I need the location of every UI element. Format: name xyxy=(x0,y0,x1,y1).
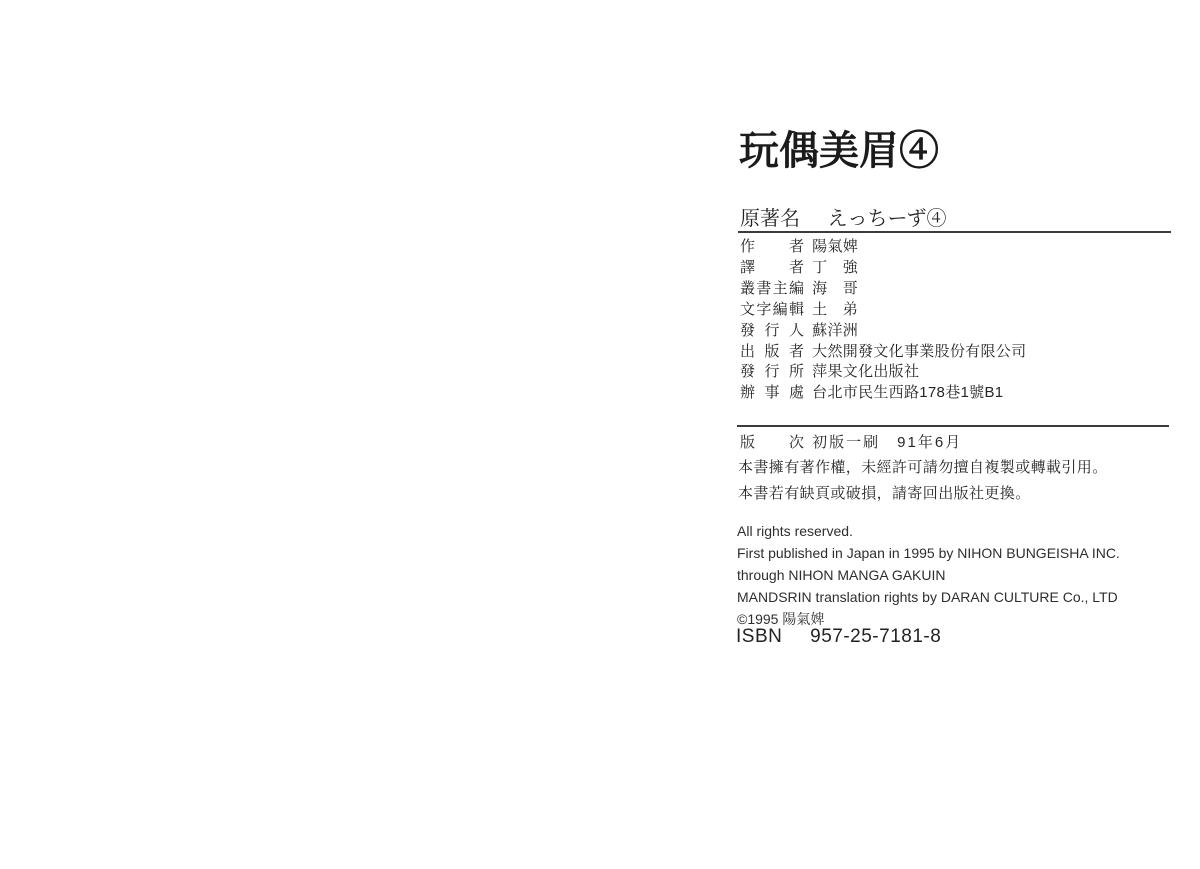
credit-label: 叢書主編 xyxy=(740,279,804,300)
credits-list: 作者 陽氣婢 譯者 丁 強 叢書主編 海 哥 文字編輯 土 弟 發行人 蘇洋洲 xyxy=(740,237,1026,404)
credit-value: 萍果文化出版社 xyxy=(812,363,919,380)
edition-value: 初版一刷 91年6月 xyxy=(812,434,962,451)
notice-line: 本書若有缺頁或破損，請寄回出版社更換。 xyxy=(738,481,1108,507)
rights-line: All rights reserved. xyxy=(737,520,1120,542)
credit-row: 出版者 大然開發文化事業股份有限公司 xyxy=(740,342,1026,363)
credit-label: 作者 xyxy=(740,237,804,258)
book-title: 玩偶美眉④ xyxy=(739,119,939,176)
credit-value: 大然開發文化事業股份有限公司 xyxy=(812,343,1026,360)
credit-value: 台北市民生西路178巷1號B1 xyxy=(812,384,1003,401)
credit-row: 作者 陽氣婢 xyxy=(740,237,1026,258)
credit-value: 土 弟 xyxy=(812,301,858,318)
divider-line-top xyxy=(738,231,1171,233)
rights-block: All rights reserved. First published in … xyxy=(737,520,1120,630)
divider-line-middle xyxy=(737,425,1169,427)
credit-row: 文字編輯 土 弟 xyxy=(740,300,1026,321)
rights-lines: All rights reserved. First published in … xyxy=(737,520,1120,608)
isbn-label: ISBN xyxy=(736,626,782,647)
original-title-text: えっちーず④ xyxy=(828,208,947,230)
credit-label: 文字編輯 xyxy=(740,300,804,321)
credit-value: 蘇洋洲 xyxy=(812,322,858,339)
credit-value: 丁 強 xyxy=(812,259,858,276)
credit-value: 陽氣婢 xyxy=(812,238,858,255)
notices-list: 本書擁有著作權，未經許可請勿擅自複製或轉載引用。 本書若有缺頁或破損，請寄回出版… xyxy=(738,455,1108,507)
isbn-value: 957-25-7181-8 xyxy=(810,626,941,647)
colophon-page: 玩偶美眉④ 原著名 えっちーず④ 作者 陽氣婢 譯者 丁 強 叢書主編 海 哥 … xyxy=(0,0,1200,869)
rights-line: First published in Japan in 1995 by NIHO… xyxy=(737,542,1120,564)
edition-row: 版次 初版一刷 91年6月 xyxy=(740,431,962,452)
rights-line: through NIHON MANGA GAKUIN xyxy=(737,564,1120,586)
credit-value: 海 哥 xyxy=(812,280,858,297)
credit-label: 辦事處 xyxy=(740,383,804,404)
notice-line: 本書擁有著作權，未經許可請勿擅自複製或轉載引用。 xyxy=(738,455,1108,481)
credit-row: 發行人 蘇洋洲 xyxy=(740,321,1026,342)
credit-label: 出版者 xyxy=(740,342,804,363)
edition-label: 版次 xyxy=(740,431,804,452)
credit-row: 辦事處 台北市民生西路178巷1號B1 xyxy=(740,383,1026,404)
credit-row: 叢書主編 海 哥 xyxy=(740,279,1026,300)
credit-label: 發行人 xyxy=(740,321,804,342)
original-title-label: 原著名 xyxy=(740,208,800,230)
original-title-row: 原著名 えっちーず④ xyxy=(740,202,947,231)
credit-row: 譯者 丁 強 xyxy=(740,258,1026,279)
credit-label: 發行所 xyxy=(740,362,804,383)
isbn-row: ISBN 957-25-7181-8 xyxy=(736,626,941,648)
rights-line: MANDSRIN translation rights by DARAN CUL… xyxy=(737,586,1120,608)
credit-label: 譯者 xyxy=(740,258,804,279)
credit-row: 發行所 萍果文化出版社 xyxy=(740,362,1026,383)
